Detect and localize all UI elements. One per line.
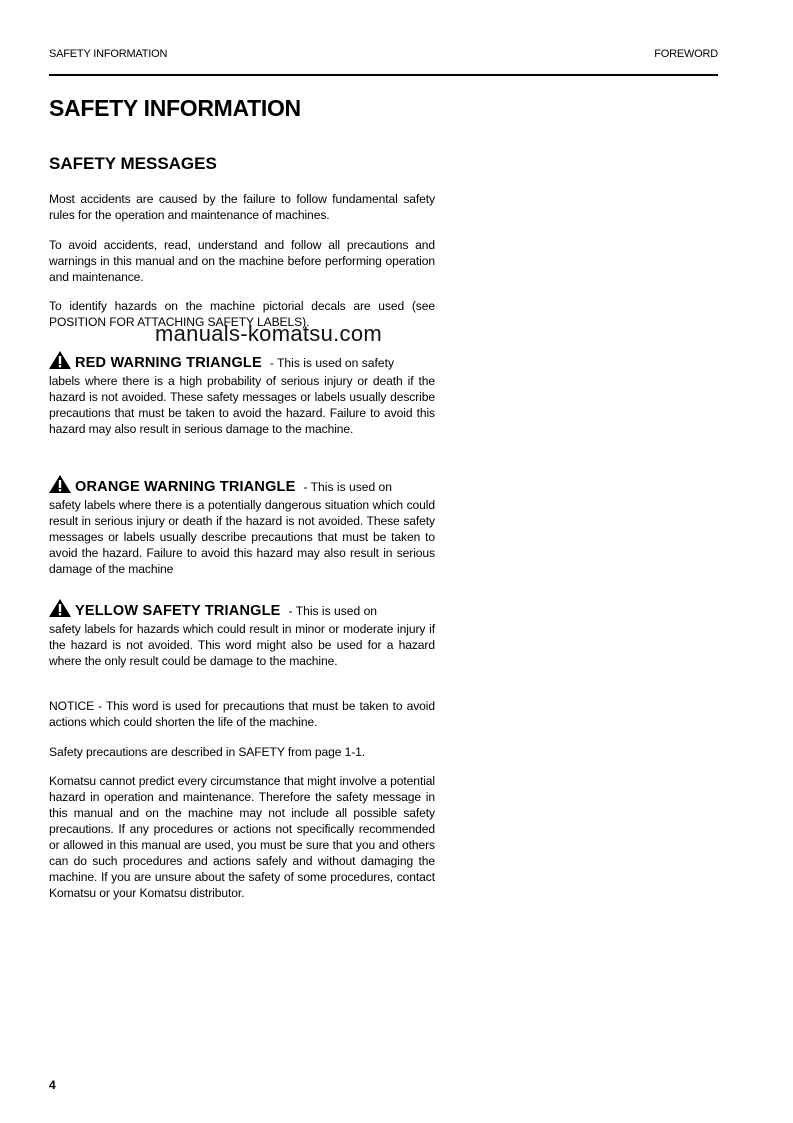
page-number: 4 [49, 1078, 56, 1092]
hazard-body-yellow: safety labels for hazards which could re… [49, 621, 435, 669]
intro-paragraph-2: To avoid accidents, read, understand and… [49, 237, 435, 285]
hazard-body-red: labels where there is a high probability… [49, 373, 435, 437]
warning-triangle-icon [49, 599, 71, 617]
hazard-label: YELLOW SAFETY TRIANGLE [75, 603, 281, 619]
hazard-lead-text: - This is used on safety [270, 356, 394, 370]
notice-paragraph: NOTICE - This word is used for precautio… [49, 698, 435, 730]
hazard-label: ORANGE WARNING TRIANGLE [75, 479, 296, 495]
hazard-heading-orange: ORANGE WARNING TRIANGLE- This is used on [49, 475, 435, 493]
page-title: SAFETY INFORMATION [49, 95, 301, 122]
section-title: SAFETY MESSAGES [49, 154, 217, 174]
header-divider [49, 74, 718, 76]
hazard-lead-text: - This is used on [304, 480, 393, 494]
running-header-right: FOREWORD [654, 48, 718, 60]
hazard-heading-red: RED WARNING TRIANGLE- This is used on sa… [49, 351, 435, 369]
watermark: manuals-komatsu.com [155, 321, 382, 347]
hazard-heading-yellow: YELLOW SAFETY TRIANGLE- This is used on [49, 599, 435, 617]
hazard-lead-text: - This is used on [289, 604, 378, 618]
precautions-reference: Safety precautions are described in SAFE… [49, 744, 435, 760]
running-header-left: SAFETY INFORMATION [49, 48, 167, 60]
hazard-body-orange: safety labels where there is a potential… [49, 497, 435, 577]
disclaimer-paragraph: Komatsu cannot predict every circumstanc… [49, 773, 435, 901]
intro-paragraph-1: Most accidents are caused by the failure… [49, 191, 435, 223]
warning-triangle-icon [49, 475, 71, 493]
hazard-label: RED WARNING TRIANGLE [75, 355, 262, 371]
warning-triangle-icon [49, 351, 71, 369]
